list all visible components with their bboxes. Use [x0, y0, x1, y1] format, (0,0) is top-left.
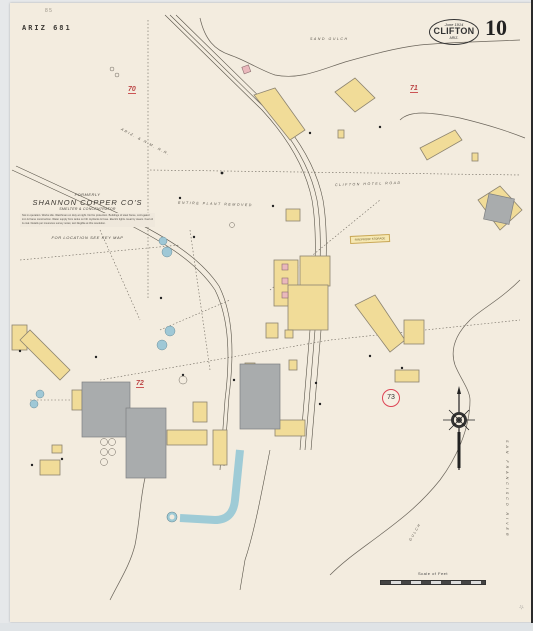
company-subtitle: SMELTER & CONCENTRATOR	[20, 207, 155, 211]
location-note: FOR LOCATION SEE KEY MAP	[20, 235, 155, 240]
adjoining-sheet-72[interactable]: 72	[136, 380, 144, 388]
sheet-number: 10	[485, 15, 507, 41]
label-sand-gulch: SAND GULCH	[310, 37, 349, 41]
map-drawing	[0, 0, 533, 631]
title-cartouche: June 1914 CLIFTON ARIZ.	[429, 19, 479, 45]
archive-stamp: 8 5	[45, 8, 52, 14]
scale-label: Scale of Feet	[380, 571, 486, 576]
scan-background	[0, 623, 533, 631]
company-name: SHANNON COPPER CO'S	[20, 198, 155, 207]
hydrant-markers	[19, 126, 403, 466]
company-description: Not in operation. Works idle. Watchman o…	[20, 213, 155, 227]
label-river: SAN FRANCISCO RIVER	[505, 440, 509, 539]
title-city: CLIFTON	[430, 27, 478, 36]
flume	[180, 450, 240, 520]
company-legend: FORMERLY SHANNON COPPER CO'S SMELTER & C…	[20, 192, 155, 240]
scale-graphic	[380, 580, 486, 585]
company-formerly: FORMERLY	[20, 192, 155, 197]
scale-bar: Scale of Feet	[380, 571, 486, 585]
title-state: ARIZ.	[430, 36, 478, 40]
sheet-reference-73[interactable]: 73	[382, 389, 400, 407]
adjoining-sheet-70[interactable]: 70	[128, 86, 136, 94]
sheet-code: ARIZ 681	[22, 24, 72, 32]
adjoining-sheet-71[interactable]: 71	[410, 85, 418, 93]
